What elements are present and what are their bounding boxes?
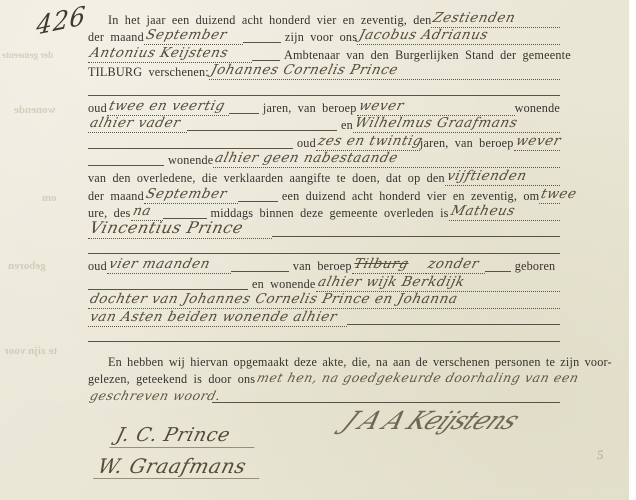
printed-text: En hebben wij hiervan opgemaakt deze akt… — [108, 355, 612, 370]
handwritten-residence: alhier geen nabestaande — [214, 152, 400, 166]
form-line: oud zes en twintig jaren, van beroep wev… — [88, 133, 560, 151]
handwritten-month: September — [144, 29, 228, 43]
bleedthrough-text: wonende — [14, 104, 56, 116]
form-line: oud vier maanden van beroep Tilburg zond… — [88, 256, 560, 274]
handwritten-age: vier maanden — [107, 258, 211, 272]
form-line: dochter van Johannes Cornelis Prince en … — [88, 292, 560, 310]
form-line — [88, 327, 560, 345]
handwritten-registrar-name: Antonius Keijstens — [88, 47, 229, 61]
bleedthrough-text: om — [42, 192, 57, 204]
form-line — [88, 239, 560, 257]
handwritten-occupation: zonder — [426, 258, 480, 272]
closing-line: gelezen, geteekend is door ons met hen, … — [88, 370, 560, 388]
bleedthrough-text: geboren — [8, 260, 46, 272]
form-body: In het jaar een duizend acht honderd vie… — [88, 10, 560, 344]
handwritten-registrar-name: Jacobus Adrianus — [357, 29, 489, 43]
closing-line: geschreven woord. — [88, 387, 560, 405]
handwritten-deceased-name: Matheus — [449, 205, 516, 219]
handwritten-occupation: wever — [357, 100, 405, 114]
form-line: wonende alhier geen nabestaande — [88, 151, 560, 169]
handwritten-daypart: na — [131, 205, 152, 219]
printed-text: zijn voor ons — [285, 30, 357, 45]
bleedthrough-text: te zijn voor — [4, 345, 57, 357]
paper-sheet: der gemeente wonende om geboren te zijn … — [0, 0, 629, 500]
handwritten-deceased-name: Vincentius Prince — [88, 220, 245, 236]
act-number: 426 — [36, 2, 87, 38]
handwritten-birthplace: alhier wijk Berkdijk — [316, 276, 466, 290]
closing-line: En hebben wij hiervan opgemaakt deze akt… — [88, 352, 560, 370]
printed-text: van den overledene, die verklaarden aang… — [88, 171, 445, 186]
printed-text: oud — [88, 259, 107, 274]
handwritten-month: September — [144, 188, 228, 202]
form-line: van den overledene, die verklaarden aang… — [88, 168, 560, 186]
form-line: Vincentius Prince — [88, 221, 560, 239]
signature-official: J A A Keijstens — [338, 408, 524, 433]
printed-text: gelezen, geteekend is door ons — [88, 372, 255, 387]
form-line: der maand September zijn voor ons Jacobu… — [88, 28, 560, 46]
printed-text: jaren, van beroep — [263, 101, 357, 116]
printed-text: TILBURG verschenen: — [88, 65, 209, 80]
form-line: der maand September een duizend acht hon… — [88, 186, 560, 204]
form-line: en wonende alhier wijk Berkdijk — [88, 274, 560, 292]
handwritten-parents: van Asten beiden wonende alhier — [88, 311, 338, 325]
handwritten-occupation: wever — [514, 135, 562, 149]
handwritten-age: twee en veertig — [107, 100, 226, 114]
form-line: oud twee en veertig jaren, van beroep we… — [88, 98, 560, 116]
form-line: van Asten beiden wonende alhier — [88, 309, 560, 327]
signature-witness-2: W. Graafmans — [93, 456, 265, 479]
form-line: TILBURG verschenen: Johannes Cornelis Pr… — [88, 63, 560, 81]
closing-clause: En hebben wij hiervan opgemaakt deze akt… — [88, 352, 560, 405]
stray-ink-mark: 5 — [597, 447, 604, 463]
handwritten-parents: dochter van Johannes Cornelis Prince en … — [88, 293, 459, 307]
signature-witness-1: J. C. Prince — [109, 426, 260, 448]
form-line: Antonius Keijstens Ambtenaar van den Bur… — [88, 45, 560, 63]
bleedthrough-text: der gemeente — [2, 50, 53, 60]
handwritten-closing-note: geschreven woord. — [88, 390, 222, 403]
printed-text: wonende — [168, 153, 213, 168]
handwritten-struck-word: Tilburg — [352, 258, 410, 272]
handwritten-declarant-name: Johannes Cornelis Prince — [209, 64, 399, 78]
scanned-death-record: der gemeente wonende om geboren te zijn … — [0, 0, 636, 500]
handwritten-declarant-name: Wilhelmus Graafmans — [353, 117, 519, 131]
handwritten-closing-note: met hen, na goedgekeurde doorhaling van … — [256, 372, 581, 385]
form-line: alhier vader en Wilhelmus Graafmans — [88, 116, 560, 134]
form-line: In het jaar een duizend acht honderd vie… — [88, 10, 560, 28]
handwritten-age: zes en twintig — [316, 135, 423, 149]
handwritten-day: Zestienden — [432, 12, 517, 26]
handwritten-residence: alhier vader — [88, 117, 181, 131]
handwritten-day: vijftienden — [445, 170, 528, 184]
form-line — [88, 80, 560, 98]
handwritten-hour: twee — [540, 188, 579, 202]
